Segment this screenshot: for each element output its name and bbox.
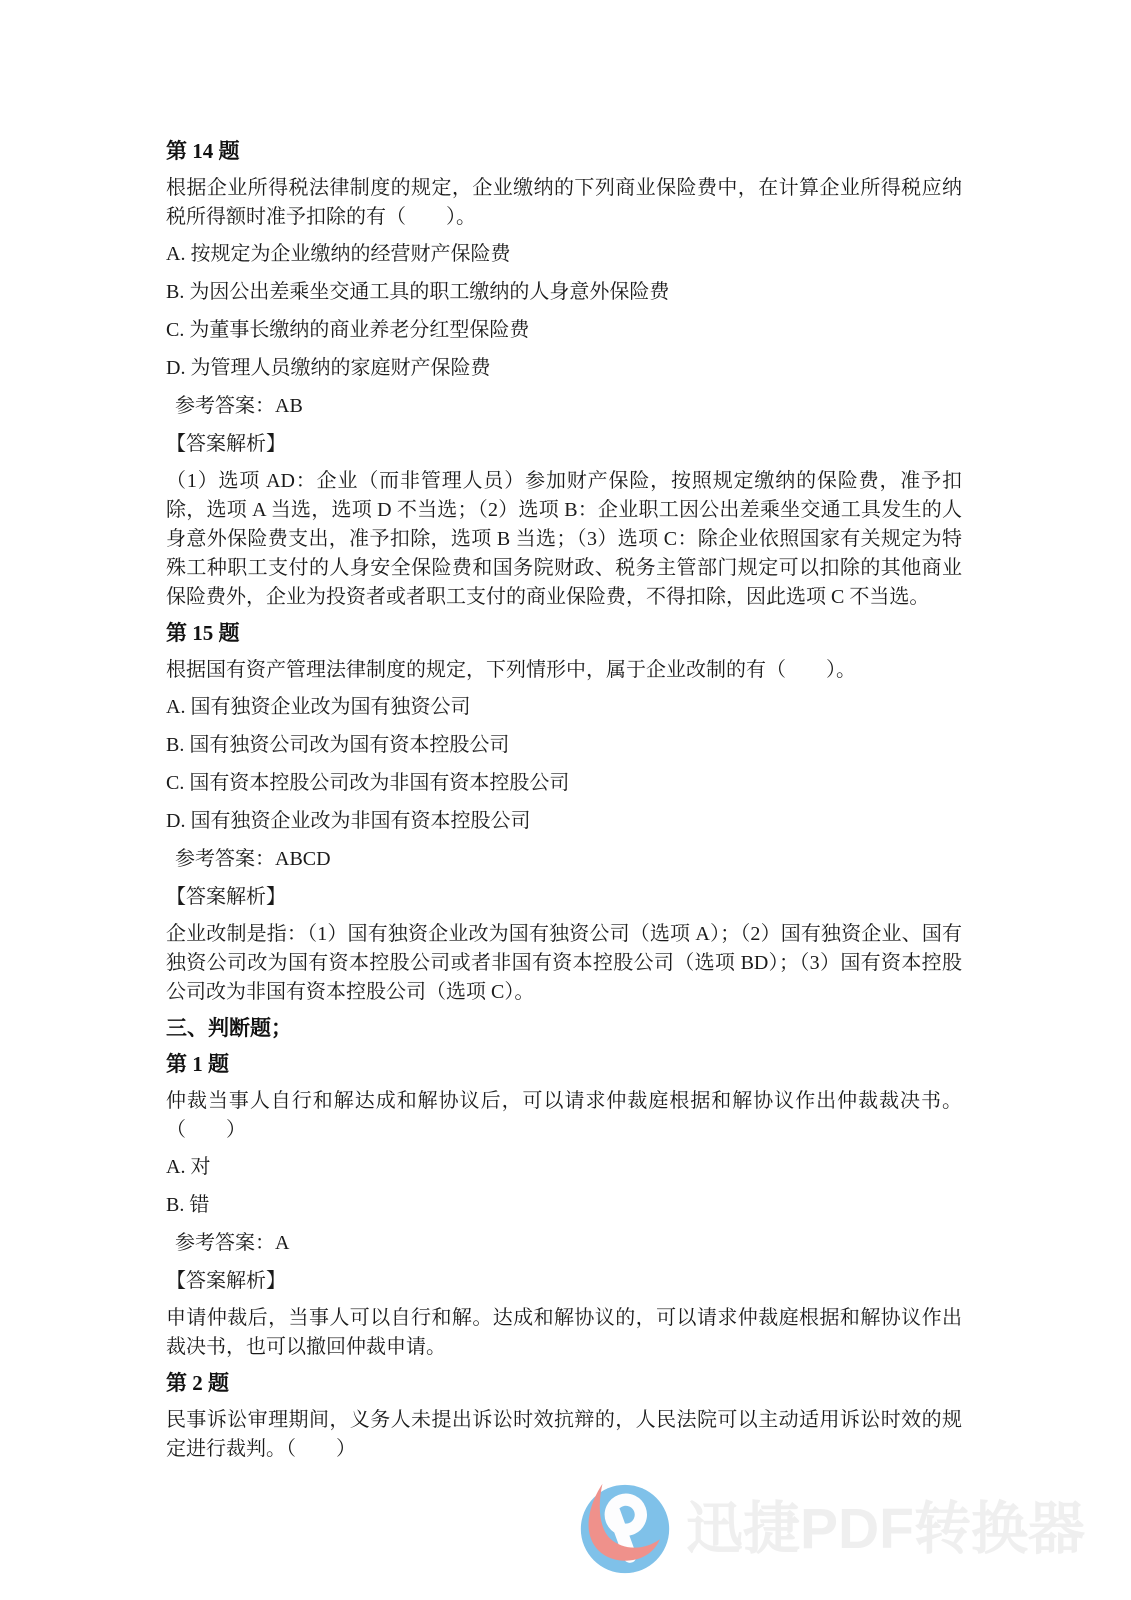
watermark: 迅捷PDF转换器	[578, 1482, 1085, 1576]
judgement-1-heading: 第 1 题	[166, 1051, 962, 1077]
section-3-heading: 三、判断题；	[166, 1015, 962, 1041]
judgement-1-stem: 仲裁当事人自行和解达成和解协议后，可以请求仲裁庭根据和解协议作出仲裁裁决书。（ …	[166, 1087, 962, 1145]
question-14-stem: 根据企业所得税法律制度的规定，企业缴纳的下列商业保险费中，在计算企业所得税应纳税…	[166, 174, 962, 232]
question-14-option-c: C. 为董事长缴纳的商业养老分红型保险费	[166, 316, 962, 345]
question-15-option-d: D. 国有独资企业改为非国有资本控股公司	[166, 807, 962, 836]
question-15-analysis-label: 【答案解析】	[166, 883, 962, 912]
judgement-1-reference-answer: 参考答案：A	[166, 1229, 962, 1258]
judgement-1-analysis-text: 申请仲裁后，当事人可以自行和解。达成和解协议的，可以请求仲裁庭根据和解协议作出裁…	[166, 1304, 962, 1362]
question-14-option-b: B. 为因公出差乘坐交通工具的职工缴纳的人身意外保险费	[166, 278, 962, 307]
question-15-reference-answer: 参考答案：ABCD	[166, 845, 962, 874]
judgement-1-option-b: B. 错	[166, 1191, 962, 1220]
watermark-text: 迅捷PDF转换器	[686, 1501, 1085, 1558]
exam-document: 第 14 题 根据企业所得税法律制度的规定，企业缴纳的下列商业保险费中，在计算企…	[166, 138, 962, 1472]
judgement-1-option-a: A. 对	[166, 1153, 962, 1182]
question-14-option-a: A. 按规定为企业缴纳的经营财产保险费	[166, 240, 962, 269]
question-15-option-b: B. 国有独资公司改为国有资本控股公司	[166, 731, 962, 760]
pdf-converter-logo-icon	[578, 1482, 672, 1576]
question-15-option-c: C. 国有资本控股公司改为非国有资本控股公司	[166, 769, 962, 798]
judgement-2-heading: 第 2 题	[166, 1370, 962, 1396]
question-15-stem: 根据国有资产管理法律制度的规定，下列情形中，属于企业改制的有（ ）。	[166, 656, 962, 685]
question-14-option-d: D. 为管理人员缴纳的家庭财产保险费	[166, 354, 962, 383]
question-14-reference-answer: 参考答案：AB	[166, 392, 962, 421]
question-15-option-a: A. 国有独资企业改为国有独资公司	[166, 693, 962, 722]
question-15-heading: 第 15 题	[166, 620, 962, 646]
question-15-analysis-text: 企业改制是指：（1）国有独资企业改为国有独资公司（选项 A）；（2）国有独资企业…	[166, 920, 962, 1007]
question-14-analysis-label: 【答案解析】	[166, 430, 962, 459]
judgement-2-stem: 民事诉讼审理期间，义务人未提出诉讼时效抗辩的，人民法院可以主动适用诉讼时效的规定…	[166, 1406, 962, 1464]
judgement-1-analysis-label: 【答案解析】	[166, 1267, 962, 1296]
question-14-analysis-text: （1）选项 AD：企业（而非管理人员）参加财产保险，按照规定缴纳的保险费，准予扣…	[166, 467, 962, 612]
question-14-heading: 第 14 题	[166, 138, 962, 164]
